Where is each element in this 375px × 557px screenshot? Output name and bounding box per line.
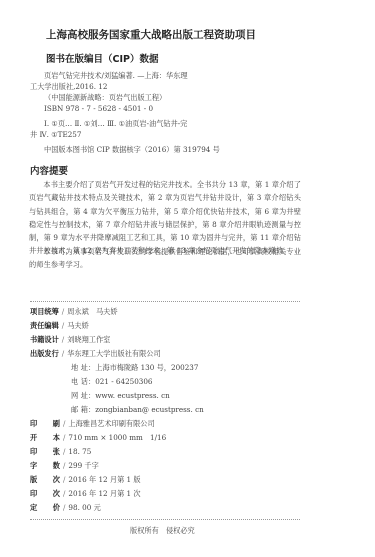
spec-row-sheets: 印张/18. 75 [30,447,91,457]
divider-bottom [30,519,300,520]
spec-row-printing: 印次/2016 年 12 月第 1 次 [30,489,141,499]
credit-row: 书籍设计/刘晓翔工作室 [30,335,110,345]
credit-row: 出版发行/华东理工大学出版社有限公司 [30,349,161,359]
spec-row-edition: 版次/2016 年 12 月第 1 版 [30,475,141,485]
cip-line: 井 Ⅳ. ①TE257 [30,130,81,140]
divider-top [30,301,300,302]
cip-line: Ⅰ. ①页… Ⅱ. ①刘… Ⅲ. ①油页岩-油气钻井-完 [44,119,187,129]
spec-row-printer: 印刷/上海雅昌艺术印刷有限公司 [30,419,155,429]
cip-line: 页岩气钻完井技术/刘猛编著. —上海：华东理 [44,71,188,81]
publisher-phone: 电话：021 - 64250306 [71,377,153,387]
cip-line: （中国能源新战略：页岩气出版工程） [44,93,166,103]
credit-row: 项目统筹/周永斌 马夫娇 [30,307,118,317]
copyright-notice: 版权所有 侵权必究 [130,526,195,536]
cip-line: ISBN 978 - 7 - 5628 - 4501 - 0 [44,104,153,113]
credit-row: 责任编辑/马夫娇 [30,321,89,331]
project-title: 上海高校服务国家重大战略出版工程资助项目 [46,27,256,42]
publisher-address: 地址：上海市梅陇路 130 号，200237 [71,363,198,373]
spec-row-format: 开本/710 mm × 1000 mm 1/16 [30,433,166,443]
spec-row-price: 定价/98. 00 元 [30,503,101,513]
cip-line: 工大学出版社,2016. 12 [30,82,107,92]
publisher-email: 邮箱：zongbianban@ ecustpress. cn [71,405,204,415]
summary-paragraph: 本书可为从事页岩气开发研究的学者提供借鉴和理论依据，也可供高校相关专业的师生参考… [29,245,301,272]
cip-library-note: 中国版本图书馆 CIP 数据核字（2016）第 319794 号 [44,145,220,155]
cip-heading: 图书在版编目（CIP）数据 [46,51,158,65]
publisher-website: 网址：www. ecustpress. cn [71,391,170,401]
spec-row-wordcount: 字数/299 千字 [30,461,99,471]
summary-heading: 内容提要 [30,163,68,177]
